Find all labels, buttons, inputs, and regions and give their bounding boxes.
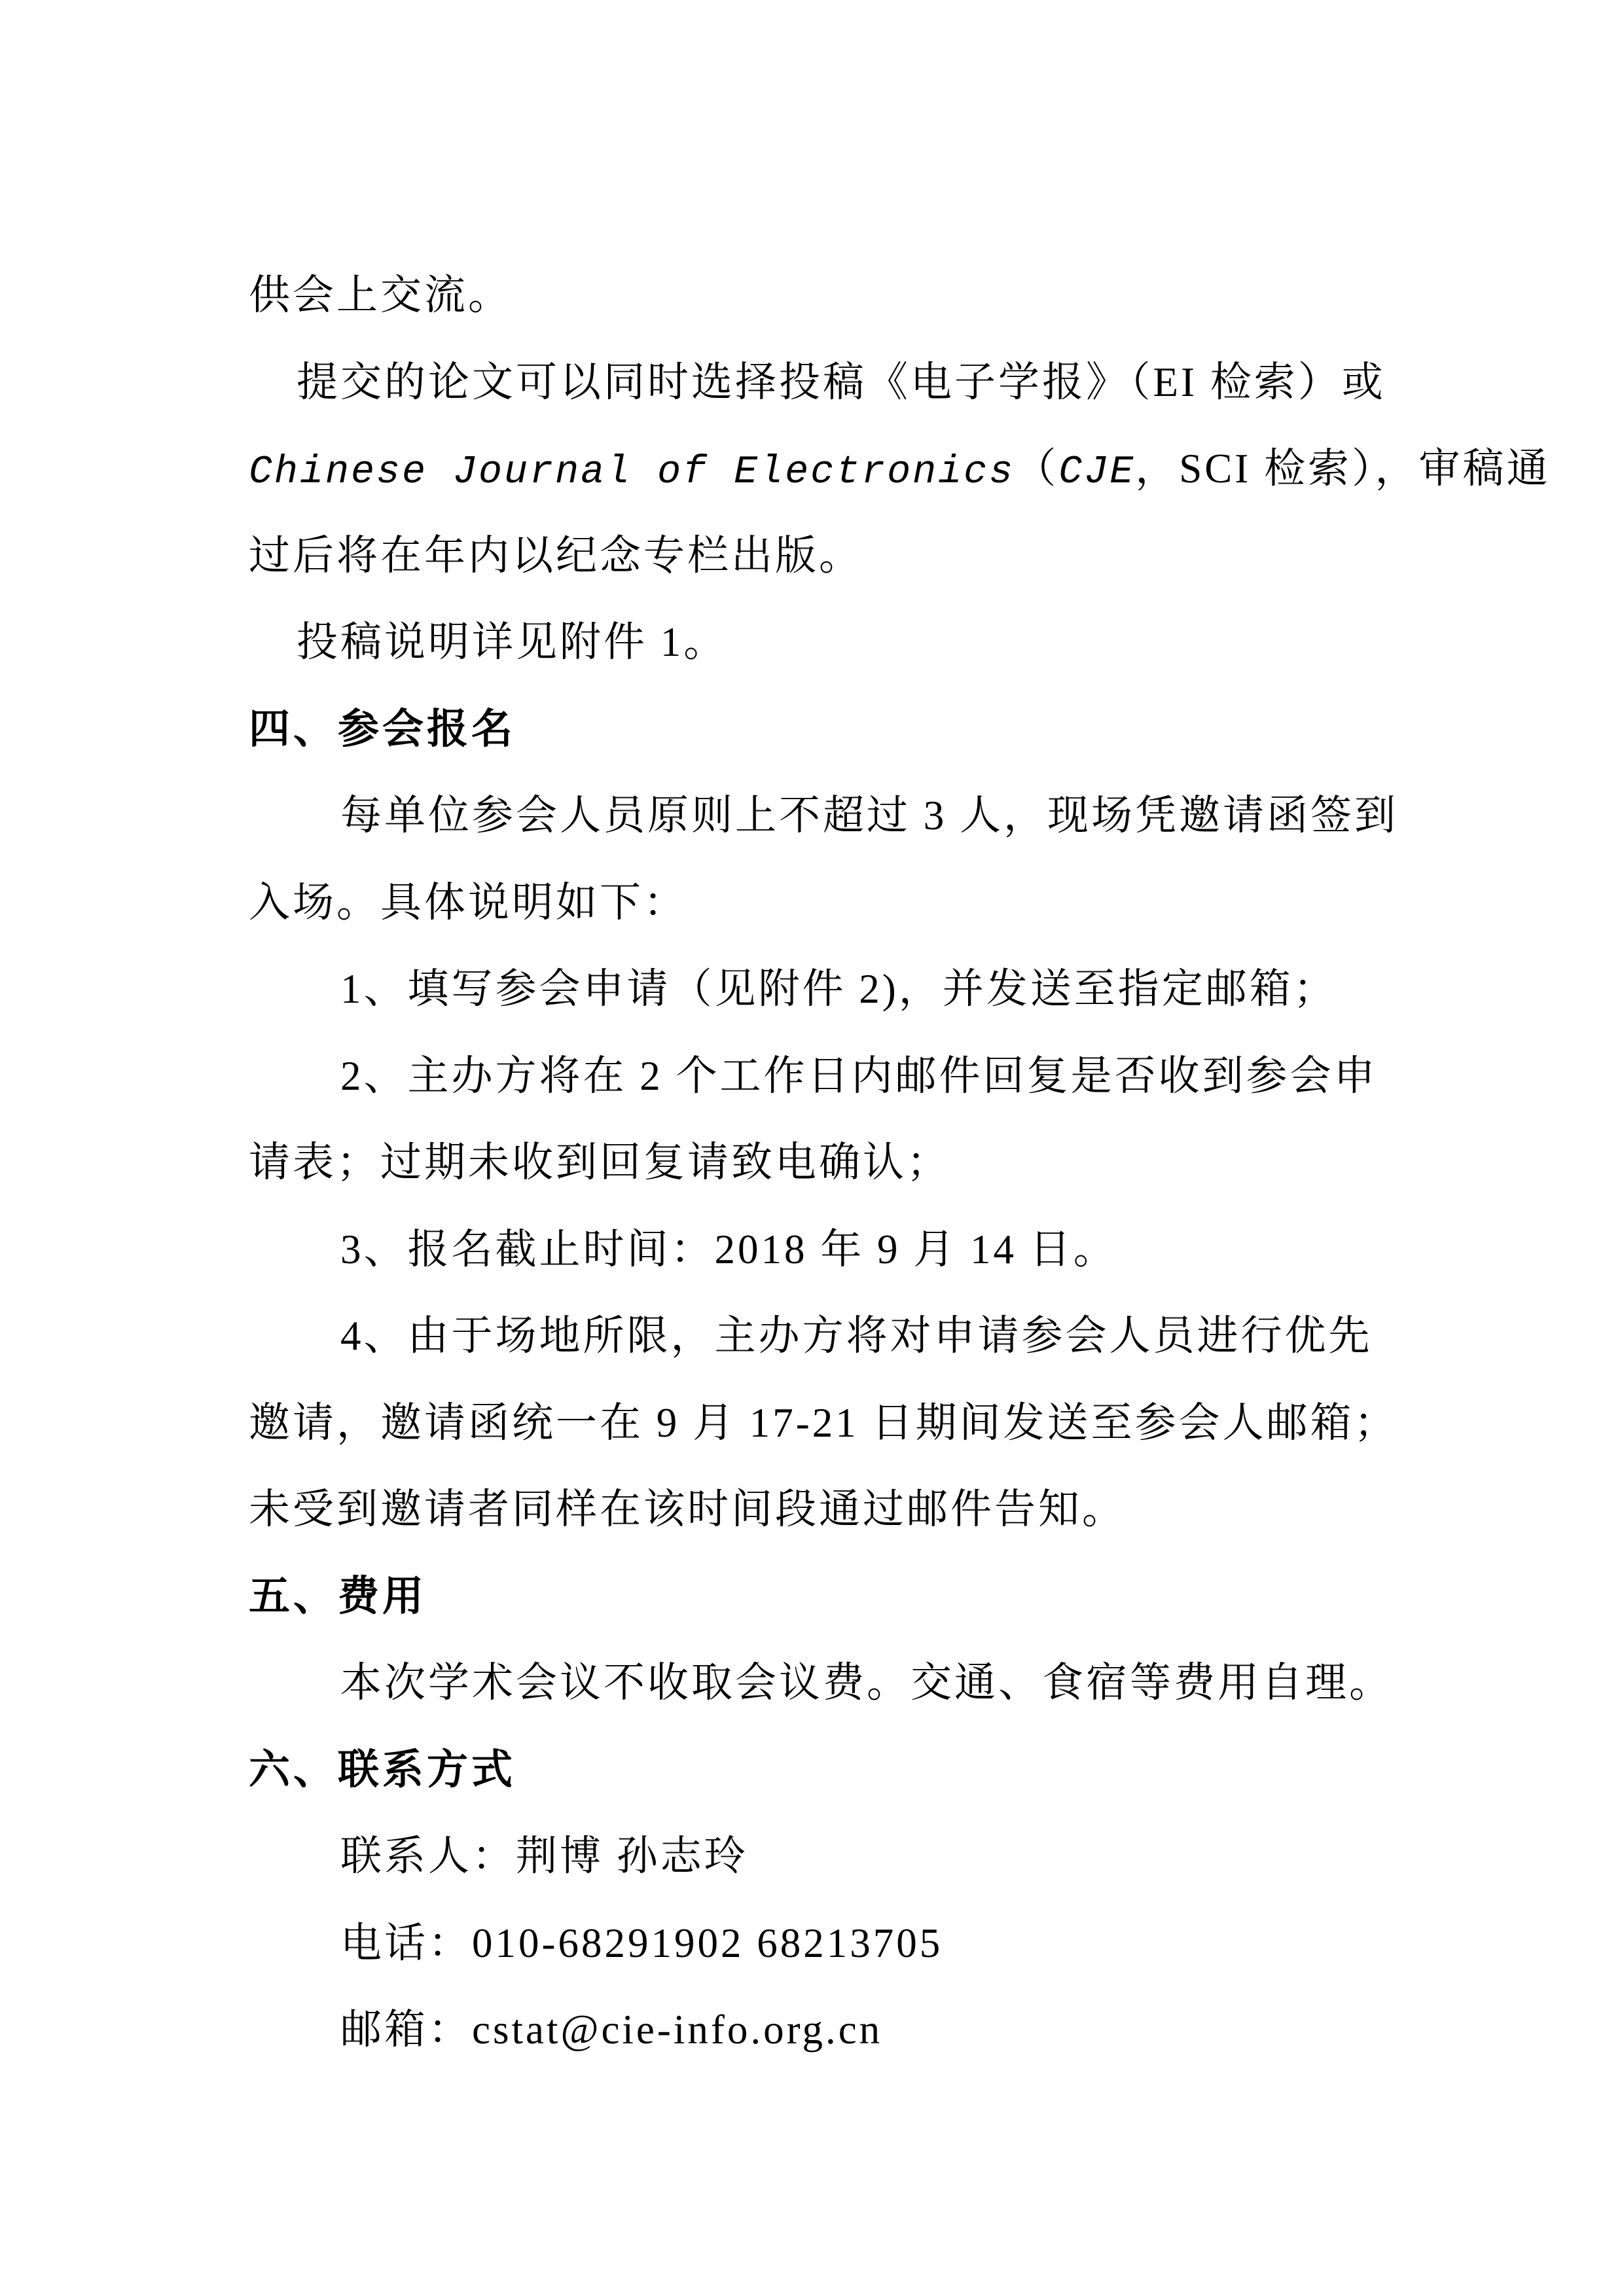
text-line: 本次学术会议不收取会议费。交通、食宿等费用自理。 xyxy=(340,1662,1393,1704)
text-line: 1、填写参会申请（见附件 2)，并发送至指定邮箱； xyxy=(340,969,1337,1010)
section-heading: 四、参会报名 xyxy=(249,709,516,750)
text-line: 过后将在年内以纪念专栏出版。 xyxy=(249,535,863,577)
text-segment: （ xyxy=(1015,446,1058,492)
document-page: 供会上交流。提交的论文可以同时选择投稿《电子学报》（EI 检索）或Chinese… xyxy=(0,0,1624,2296)
text-line: 请表；过期未收到回复请致电确认； xyxy=(249,1142,950,1183)
section-heading: 六、联系方式 xyxy=(249,1749,516,1791)
section-heading: 五、费用 xyxy=(249,1576,427,1617)
journal-abbreviation: CJE xyxy=(1058,450,1135,495)
text-line: 3、报名截止时间：2018 年 9 月 14 日。 xyxy=(340,1229,1117,1270)
text-line: 联系人：荆博 孙志玲 xyxy=(340,1836,748,1877)
text-line: 投稿说明详见附件 1。 xyxy=(297,622,727,663)
text-line: 提交的论文可以同时选择投稿《电子学报》（EI 检索）或 xyxy=(297,362,1386,403)
text-line: 供会上交流。 xyxy=(249,275,512,316)
text-segment: ，SCI 检索），审稿通 xyxy=(1135,446,1550,492)
text-line: 2、主办方将在 2 个工作日内邮件回复是否收到参会申 xyxy=(340,1056,1378,1097)
text-line: 未受到邀请者同样在该时间段通过邮件告知。 xyxy=(249,1489,1126,1530)
text-line: 电话：010-68291902 68213705 xyxy=(340,1923,943,1964)
text-line: 每单位参会人员原则上不超过 3 人，现场凭邀请函签到 xyxy=(340,795,1398,836)
text-line: 邮箱：cstat@cie-info.org.cn xyxy=(340,2009,882,2051)
text-line: 入场。具体说明如下： xyxy=(249,882,687,924)
journal-title: Chinese Journal of Electronics xyxy=(249,450,1015,495)
text-line: 邀请，邀请函统一在 9 月 17-21 日期间发送至参会人邮箱； xyxy=(249,1403,1398,1444)
text-line: 4、由于场地所限，主办方将对申请参会人员进行优先 xyxy=(340,1316,1373,1357)
text-line: Chinese Journal of Electronics（CJE，SCI 检… xyxy=(249,448,1551,492)
